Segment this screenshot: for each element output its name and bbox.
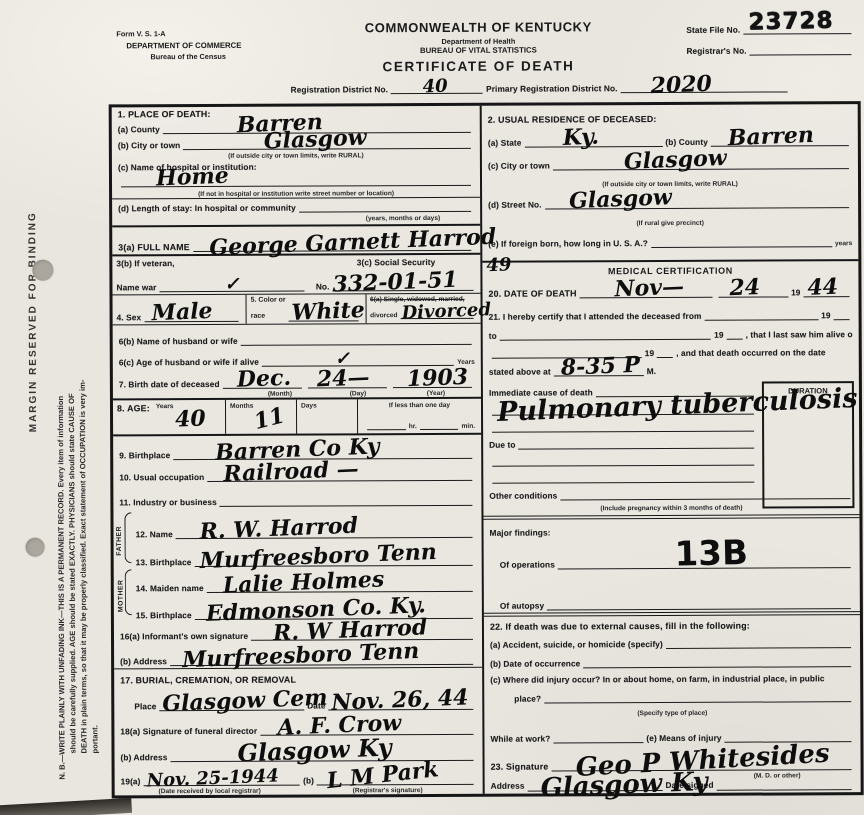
ssn-overflow-digits: 49 [486,254,512,276]
residence-title: 2. USUAL RESIDENCE OF DECEASED: [488,114,657,125]
res-street-label: (d) Street No. [488,200,542,210]
certificate: N. B.—WRITE PLAINLY WITH UNFADING INK—TH… [0,0,864,815]
full-name-row: 3(a) FULL NAME George Garnett Harrod [112,226,480,257]
due-to-line3 [492,470,754,483]
cert-occurred-label: , and that death occurred on the date [676,347,825,358]
of-autopsy-line [547,597,851,610]
ssn-no-label: No. [316,281,330,291]
binding-hole [26,538,45,557]
occupation-label: 10. Usual occupation [119,472,204,482]
registrar-signature-line: L M Park [317,773,474,786]
injury-where-line [544,690,851,703]
accident-label: (a) Accident, suicide, or homicide (spec… [490,639,663,650]
veteran-ssn-row: 3(b) If veteran, Name war ✓ 3(c) Social … [112,255,480,295]
ssn-line: 332-01-51 [332,279,473,292]
of-operations-label: Of operations [500,560,555,570]
date-of-death-year: 44 [807,273,839,300]
external-causes-title: 22. If death was due to external causes,… [490,620,750,631]
immediate-cause-line2: Pulmonary tuberculosis [492,402,754,415]
res-foreign-suffix: years [835,241,852,248]
binding-margin-label: MARGIN RESERVED FOR BINDING [27,174,44,470]
res-city-label: (c) City or town [488,161,550,171]
veteran-check: ✓ [224,273,240,295]
birth-month-value: Dec. [236,365,291,393]
mother-name-label: 14. Maiden name [136,583,204,593]
pod-stay-line [299,199,471,212]
injury-place-note: (Specify type of place) [637,710,707,717]
funeral-director-row: 18(a) Signature of funeral director A. F… [114,710,482,738]
father-name-label: 12. Name [136,529,173,539]
registrar-date-value: Nov. 25-1944 [146,765,279,791]
age-min-line [420,418,459,430]
form-identifier-block: Form V. S. 1-A DEPARTMENT OF COMMERCE Bu… [116,29,241,63]
cert-year3-line [657,346,673,358]
of-operations-line: 13B [558,556,851,569]
cert-stated-label: stated above at [489,367,551,377]
age-months-value: 11 [251,402,287,435]
time-of-death-value: 8-35 P [560,352,640,381]
mother-name-line: Lalie Holmes [207,580,473,593]
res-county-line: Barren [711,134,849,147]
age-min-label: min. [462,423,476,430]
informant-signature-line: R. W Harrod [251,628,473,641]
marital-line: Divorced [401,307,474,319]
place-of-death-title: 1. PLACE OF DEATH: [118,109,211,119]
informant-signature-row: 16(a) Informant's own signature R. W Har… [114,616,482,643]
date-of-death-label: 20. DATE OF DEATH [488,288,576,298]
injury-where-label2: place? [514,694,541,704]
left-column: 1. PLACE OF DEATH: (a) County Barren (b)… [112,106,485,796]
margin-instructions: N. B.—WRITE PLAINLY WITH UNFADING INK—TH… [54,131,109,779]
of-autopsy-row: Of autopsy [484,574,860,617]
date-of-death-day: 24 [729,274,761,301]
age-hr-label: hr. [409,423,417,430]
father-name-line: R. W. Harrod [176,526,473,539]
while-at-work-line [553,731,643,743]
birth-date-label: 7. Birth date of deceased [119,379,220,389]
informant-address-label: (b) Address [120,657,167,667]
place-of-death-section: 1. PLACE OF DEATH: (a) County Barren (b)… [112,106,481,227]
other-conditions-note: (Include pregnancy within 3 months of de… [600,505,742,513]
age-hr-line [367,418,406,430]
of-operations-value: 13B [675,533,749,575]
title-block: COMMONWEALTH OF KENTUCKY Department of H… [318,19,638,74]
burial-section: 17. BURIAL, CREMATION, OR REMOVAL Place … [114,668,482,712]
age-label: 8. AGE: [117,403,150,413]
age-less-label: If less than one day [364,402,475,409]
res-street-line: Glasgow [545,196,850,209]
registrar-row: 19(a) Nov. 25-1944 (b) L M Park (Date re… [115,763,483,796]
cert-time-suffix: M. [647,366,656,376]
pod-stay-note: (years, months or days) [366,215,440,222]
medical-certification-header: 49 MEDICAL CERTIFICATION 20. DATE OF DEA… [482,261,858,306]
state-file-label: State File No. [686,25,740,35]
due-to-label: Due to [489,439,515,449]
file-number-block: State File No. 23728 Registrar's No. [686,22,854,65]
burial-place-line: Glasgow Cem [159,699,304,712]
department-of-commerce: DEPARTMENT OF COMMERCE [116,40,241,52]
marital-label-divorced: divorced [370,313,398,320]
date-of-death-year-line: 44 [803,285,849,297]
primary-district-line: 2020 [621,80,788,93]
pod-hospital-note: (If not in hospital or institution write… [198,190,394,198]
other-conditions-line [560,487,850,500]
mother-side-label: MOTHER [117,579,124,611]
sex-label: 4. Sex [117,313,142,323]
injury-where-label: (c) Where did injury occur? In or about … [490,673,824,685]
certificate-title: CERTIFICATE OF DEATH [318,58,638,74]
cause-of-death-section: DURATION Immediate cause of death Pulmon… [483,381,860,515]
accident-line [666,636,851,649]
husband-wife-row: 6(b) Name of husband or wife [113,324,481,348]
form-number: Form V. S. 1-A [116,29,241,40]
physician-address-value: Glasgow Ky [541,767,709,804]
birth-day-line: 24— [308,376,387,388]
res-foreign-label: (e) If foreign born, how long in U. S. A… [488,238,648,249]
registrar-no-line [750,43,852,55]
occupation-line: Railroad — [207,469,472,482]
res-foreign-line [651,236,832,249]
husband-wife-line [241,333,472,346]
cert-to-label: to [489,330,497,340]
commonwealth-title: COMMONWEALTH OF KENTUCKY [318,19,638,35]
due-to-line2 [492,453,754,466]
cert-year1-line [834,309,850,321]
res-state-line: Ky. [524,135,662,148]
birth-year-value: 1903 [407,364,469,392]
due-to-line1 [519,436,755,449]
cert-lastsaw-label: , that I last saw him alive o [746,329,853,339]
other-conditions-label: Other conditions [489,490,557,500]
immediate-cause-line3 [492,419,754,432]
residence-section: 2. USUAL RESIDENCE OF DECEASED: (a) Stat… [482,104,859,262]
informant-address-line: Murfreesboro Tenn [170,653,473,666]
sex-value: Male [151,298,213,326]
birthplace-label: 9. Birthplace [119,451,170,461]
bureau-vital-statistics: BUREAU OF VITAL STATISTICS [318,45,638,55]
race-line: White [289,310,358,322]
res-city-value: Glasgow [623,145,727,175]
veteran-line: ✓ [159,279,304,292]
certificate-body: 1. PLACE OF DEATH: (a) County Barren (b)… [109,101,864,798]
birth-date-row: 7. Birth date of deceased Dec. 24— 1903 … [113,368,481,401]
father-section: FATHER 12. Name R. W. Harrod 13. Birthpl… [113,507,481,566]
bureau-of-census: Bureau of the Census [116,51,241,62]
major-findings-label: Major findings: [490,528,551,538]
occurrence-date-label: (b) Date of occurrence [490,658,580,668]
of-autopsy-label: Of autopsy [500,601,544,611]
funeral-address-label: (b) Address [121,752,168,762]
cert-year3: 19 [645,348,654,358]
race-label-1: 5. Color or [251,296,286,303]
funeral-director-label: 18(a) Signature of funeral director [120,726,257,737]
physician-address-row: Address Glasgow Ky Date signed [485,778,861,794]
birth-month-line: Dec. [223,377,302,389]
pod-stay-label: (d) Length of stay: In hospital or commu… [118,202,296,213]
industry-line [220,494,473,507]
veteran-war-label: Name war [116,282,156,292]
date-of-death-month-line: Nov— [580,285,712,298]
reg-district-value: 40 [422,76,448,98]
sex-race-marital-row: 4. Sex Male 5. Color or race White [113,294,481,326]
sex-line: Male [144,310,239,322]
cert-year2: 19 [714,329,723,339]
age-years-label: Years [156,403,174,410]
cert-to-line [500,327,711,340]
pod-hospital-line: Home [121,174,471,188]
cert-year1: 19 [821,311,830,321]
funeral-address-value: Glasgow Ky [237,733,392,768]
registrar-signature-note: (Registrar's signature) [299,787,477,795]
registrar-date-line: Nov. 25-1944 [143,774,300,787]
burial-place-label: Place [134,702,156,712]
major-findings-section: Major findings: Of operations 13B [483,514,859,575]
husband-wife-label: 6(b) Name of husband or wife [119,336,238,347]
scanned-page: N. B.—WRITE PLAINLY WITH UNFADING INK—TH… [0,0,864,815]
veteran-label: 3(b) If veteran, [116,258,307,269]
res-county-value: Barren [727,122,814,151]
burial-date-line: Nov. 26, 44 [329,698,474,711]
burial-title: 17. BURIAL, CREMATION, OR REMOVAL [120,675,296,686]
res-city-line: Glasgow [553,157,849,170]
physician-signature-label: 23. Signature [491,762,549,772]
pod-city-note: (If outside city or town limits, write R… [228,153,364,161]
registrar-date-label: 19(a) [121,776,141,786]
industry-label: 11. Industry or business [119,497,216,507]
while-at-work-label: While at work? [490,734,550,744]
physician-address-line: Glasgow Ky [528,779,663,792]
physician-address-label: Address [491,781,525,791]
cert-year2-line [727,327,743,339]
father-side-label: FATHER [116,526,123,556]
cert-line1-label: 21. I hereby certify that I attended the… [489,311,702,322]
birth-day-value: 24— [317,364,371,392]
industry-row: 11. Industry or business [113,483,481,509]
cert-time-line: 8-35 P [554,364,644,376]
means-of-injury-label: (e) Means of injury [646,733,721,743]
pod-county-label: (a) County [118,124,160,134]
scan-edge-artifact [0,798,132,815]
informant-address-row: (b) Address Murfreesboro Tenn [114,642,482,670]
pod-city-line: Glasgow [183,137,471,150]
registrar-no-label: Registrar's No. [686,46,746,56]
full-name-line: George Garnett Harrod [193,239,471,252]
res-street-value: Glasgow [568,184,672,214]
res-state-value: Ky. [563,124,600,151]
right-column: 2. USUAL RESIDENCE OF DECEASED: (a) Stat… [482,104,861,794]
reg-district-line: 40 [391,82,483,94]
pod-city-label: (b) City or town [118,140,180,150]
age-row: 8. AGE: Years 40 Months 11 Days If less … [113,399,481,437]
res-state-label: (a) State [488,138,522,148]
pod-city-value: Glasgow [263,124,367,154]
marital-value: Divorced [402,300,492,324]
age-months-label: Months [230,403,253,410]
occupation-row: 10. Usual occupation Railroad — [113,461,481,484]
primary-district-value: 2020 [650,71,712,99]
full-name-label: 3(a) FULL NAME [118,242,190,252]
state-file-number-stamp: 23728 [748,8,834,36]
occurrence-date-line [583,655,851,668]
cert-from-line [704,309,818,321]
date-signed-line [717,778,852,791]
date-of-death-year-printed: 19 [791,287,800,297]
mother-section: MOTHER 14. Maiden name Lalie Holmes 15. … [114,564,482,618]
pod-hospital-value: Home [156,163,230,192]
attendance-certification: 21. I hereby certify that I attended the… [483,304,859,383]
res-street-note: (If rural give precinct) [636,220,703,227]
binding-hole [32,260,53,281]
date-of-death-month: Nov— [614,273,685,302]
race-label-2: race [251,313,286,320]
race-value: White [291,297,365,326]
age-days-label: Days [301,402,317,409]
external-causes-section: 22. If death was due to external causes,… [484,615,860,722]
reg-district-label: Registration District No. [291,84,389,94]
registrar-sig-prefix: (b) [303,776,314,786]
date-of-death-day-line: 24 [718,285,788,297]
registration-district-row: Registration District No. 40 Primary Reg… [291,80,791,94]
age-years-value: 40 [175,406,207,433]
informant-signature-label: 16(a) Informant's own signature [120,631,248,642]
primary-district-label: Primary Registration District No. [486,83,618,94]
birth-year-line: 1903 [393,376,472,388]
ssn-label: 3(c) Social Security [316,257,477,268]
